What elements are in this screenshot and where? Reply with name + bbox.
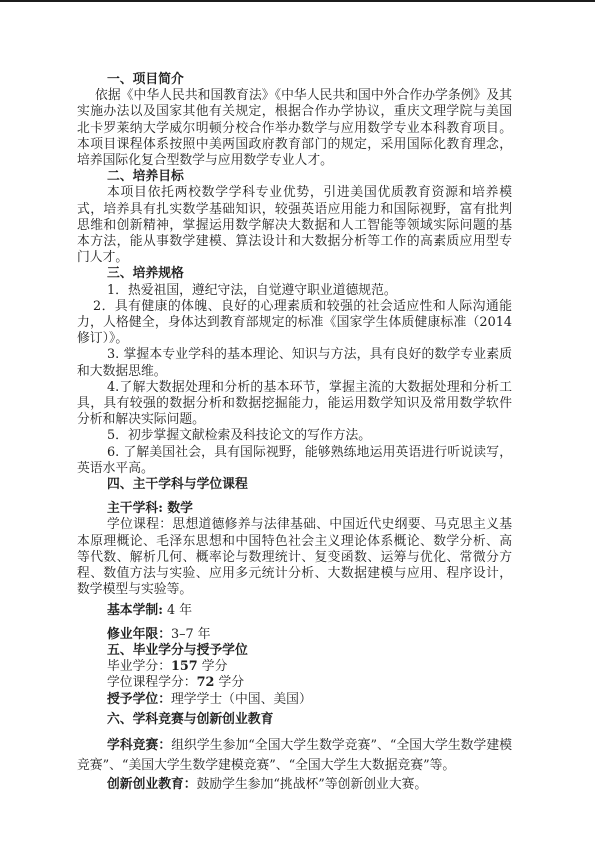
bold-text-segment: 三、培养规格 — [107, 266, 184, 281]
bold-text-segment: 授予学位： — [107, 692, 171, 707]
bold-text-segment: 一、项目简介 — [107, 72, 184, 87]
heading-training-specs: 三、培养规格 — [77, 266, 512, 282]
text-segment: 学分 — [198, 659, 228, 674]
spec-item-3: 3. 掌握本专业学科的基本理论、知识与方法，具有良好的数学专业素质和大数据思维。 — [77, 347, 512, 379]
spec-item-2: 2．具有健康的体魄、良好的心理素质和较强的社会适应性和人际沟通能力，人格健全，身… — [77, 299, 512, 348]
text-segment: 学位课程：思想道德修养与法律基础、中国近代史纲要、马克思主义基本原理概论、毛泽东… — [77, 517, 512, 597]
text-segment: 6. 了解美国社会，具有国际视野，能够熟练地运用英语进行听说读写，英语水平高。 — [77, 445, 512, 476]
heading-graduation-degree: 五、毕业学分与授予学位 — [77, 643, 512, 659]
bold-text-segment: 五、毕业学分与授予学位 — [107, 643, 248, 658]
spec-item-5: 5．初步掌握文献检索及科技论文的写作方法。 — [77, 428, 512, 444]
document-body: 一、项目简介依据《中华人民共和国教育法》《中华人民共和国中外合作办学条例》及其实… — [0, 0, 595, 793]
heading-competitions: 六、学科竞赛与创新创业教育 — [77, 712, 512, 728]
bold-text-segment: 四、主干学科与学位课程 — [107, 477, 248, 492]
text-segment: 3–7 年 — [171, 627, 211, 642]
bold-text-segment: 创新创业教育： — [107, 777, 197, 792]
para-innovation-education: 创新创业教育：鼓励学生参加“挑战杯”等创新创业大赛。 — [77, 777, 512, 793]
para-training-objectives: 本项目依托两校数学学科专业优势，引进美国优质教育资源和培养模式，培养具有扎实数学… — [77, 185, 512, 266]
text-segment: 3. 掌握本专业学科的基本理论、知识与方法，具有良好的数学专业素质和大数据思维。 — [77, 347, 512, 378]
text-segment: 毕业学分： — [107, 659, 171, 674]
bold-text-segment: 修业年限： — [107, 627, 171, 642]
field-graduation-credits: 毕业学分：157 学分 — [77, 659, 512, 675]
field-schooling-length: 基本学制: 4 年 — [77, 603, 512, 619]
text-segment: 2．具有健康的体魄、良好的心理素质和较强的社会适应性和人际沟通能力，人格健全，身… — [77, 299, 512, 346]
field-study-years: 修业年限：3–7 年 — [77, 627, 512, 643]
para-project-intro: 依据《中华人民共和国教育法》《中华人民共和国中外合作办学条例》及其实施办法以及国… — [77, 88, 512, 169]
text-segment: 学分 — [214, 675, 244, 690]
bold-text-segment: 学科竞赛： — [107, 738, 171, 753]
heading-core-discipline: 四、主干学科与学位课程 — [77, 477, 512, 493]
para-competitions: 学科竞赛：组织学生参加“全国大学生数学竞赛”、“全国大学生数学建模竞赛”、“美国… — [77, 736, 512, 777]
text-segment: 1．热爱祖国，遵纪守法，自觉遵守职业道德规范。 — [107, 283, 397, 298]
page-top-edge-line — [0, 0, 595, 2]
text-segment: 4 年 — [163, 603, 192, 618]
spec-item-4: 4.了解大数据处理和分析的基本环节，掌握主流的大数据处理和分析工具，具有较强的数… — [77, 380, 512, 429]
bold-text-segment: 二、培养目标 — [107, 169, 184, 184]
bold-text-segment: 六、学科竞赛与创新创业教育 — [107, 712, 273, 727]
field-degree-conferred: 授予学位：理学学士（中国、美国） — [77, 692, 512, 708]
spec-item-6: 6. 了解美国社会，具有国际视野，能够熟练地运用英语进行听说读写，英语水平高。 — [77, 445, 512, 477]
bold-text-segment: 主干学科: 数学 — [107, 501, 193, 516]
bold-text-segment: 157 — [171, 659, 198, 674]
text-segment: 5．初步掌握文献检索及科技论文的写作方法。 — [107, 428, 371, 443]
bold-text-segment: 基本学制: — [107, 603, 163, 618]
text-segment: 本项目依托两校数学学科专业优势，引进美国优质教育资源和培养模式，培养具有扎实数学… — [77, 185, 512, 265]
field-degree-course-credits: 学位课程学分：72 学分 — [77, 675, 512, 691]
heading-training-objectives: 二、培养目标 — [77, 169, 512, 185]
text-segment: 4.了解大数据处理和分析的基本环节，掌握主流的大数据处理和分析工具，具有较强的数… — [77, 380, 512, 427]
heading-project-intro: 一、项目简介 — [77, 72, 512, 88]
text-segment: 理学学士（中国、美国） — [171, 692, 312, 707]
spec-item-1: 1．热爱祖国，遵纪守法，自觉遵守职业道德规范。 — [77, 283, 512, 299]
document-page: { "page": { "background": "#ffffff", "te… — [0, 0, 595, 841]
text-segment: 鼓励学生参加“挑战杯”等创新创业大赛。 — [197, 777, 428, 792]
para-degree-courses: 学位课程：思想道德修养与法律基础、中国近代史纲要、马克思主义基本原理概论、毛泽东… — [77, 517, 512, 598]
text-segment: 学位课程学分： — [107, 675, 197, 690]
bold-text-segment: 72 — [197, 675, 215, 690]
text-segment: 依据《中华人民共和国教育法》《中华人民共和国中外合作办学条例》及其实施办法以及国… — [77, 88, 512, 168]
field-core-discipline: 主干学科: 数学 — [77, 501, 512, 517]
